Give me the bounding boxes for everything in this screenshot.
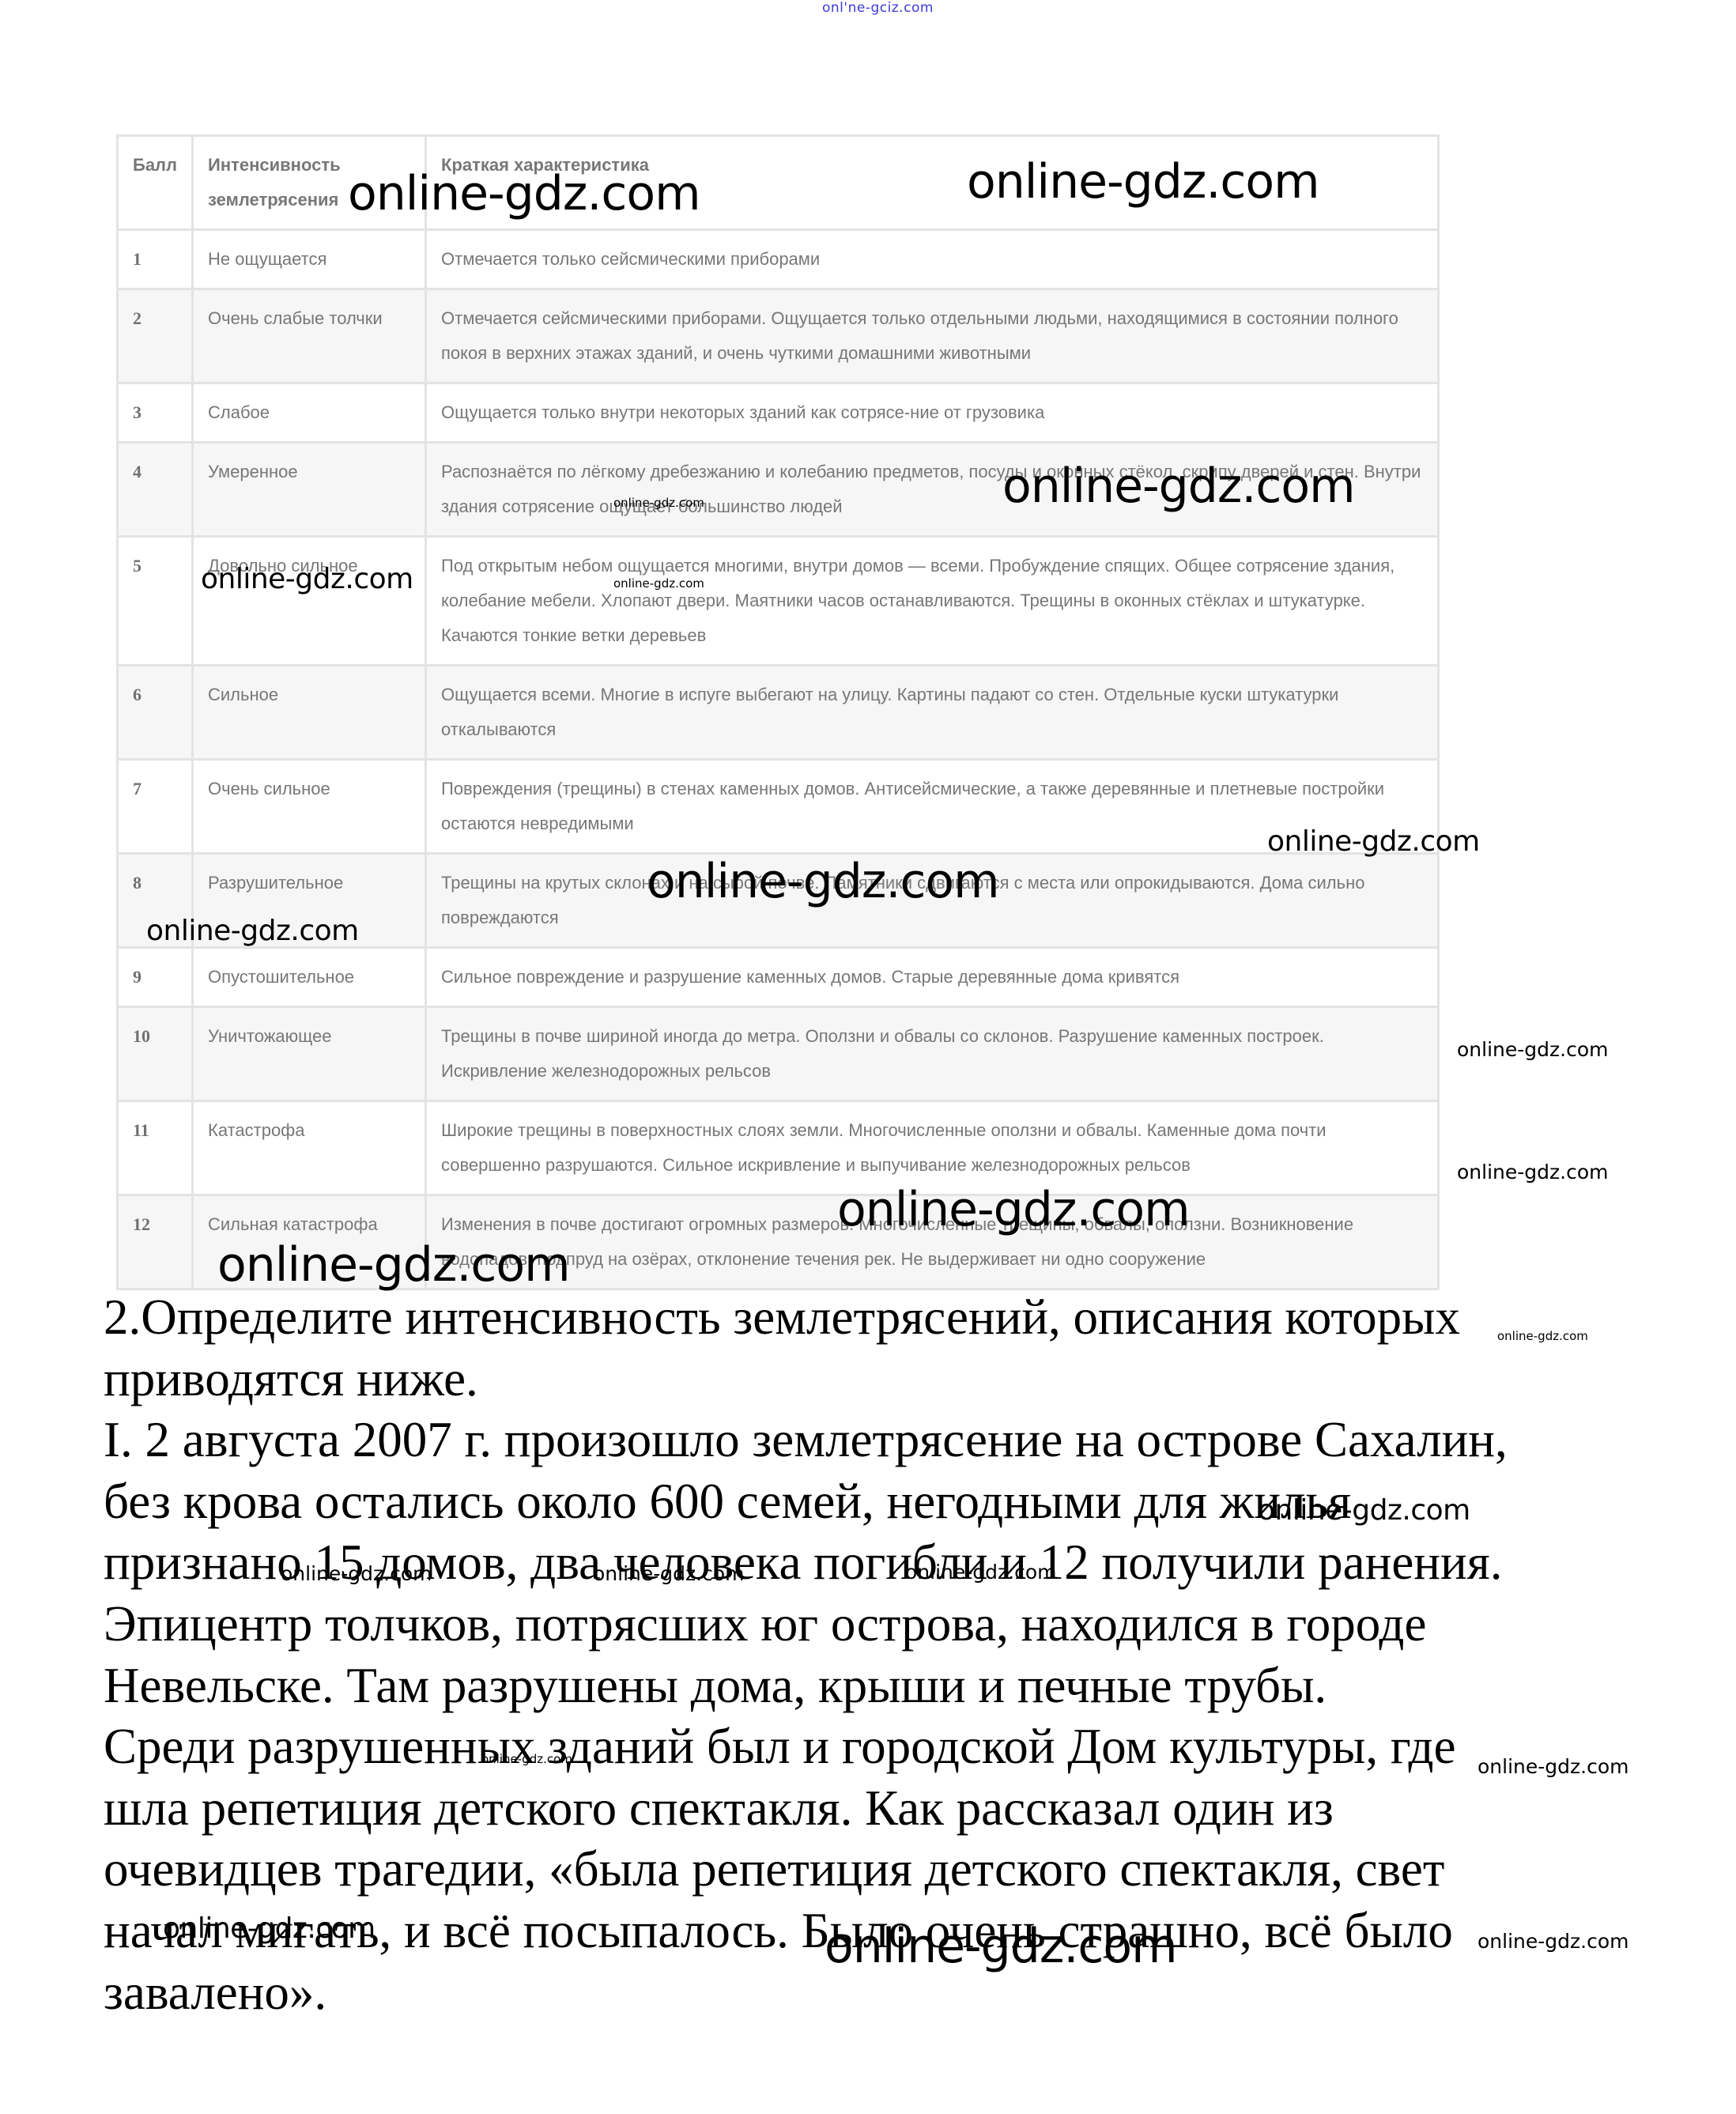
- score-cell: 7: [118, 760, 193, 854]
- watermark: online-gdz.com: [825, 1923, 1177, 1970]
- description-cell: Ощущается всеми. Многие в испуге выбегаю…: [426, 666, 1439, 760]
- description-cell: Сильное повреждение и разрушение каменны…: [426, 948, 1439, 1007]
- watermark: online-gdz.com: [905, 1562, 1056, 1582]
- intensity-cell: Не ощущается: [193, 230, 426, 289]
- table-row: 11КатастрофаШирокие трещины в поверхност…: [118, 1101, 1439, 1195]
- table-row: 1Не ощущаетсяОтмечается только сейсмичес…: [118, 230, 1439, 289]
- watermark: online-gdz.com: [1477, 1931, 1628, 1951]
- task-line: шла репетиция детского спектакля. Как ра…: [104, 1778, 1685, 1840]
- description-cell: Ощущается только внутри некоторых зданий…: [426, 383, 1439, 443]
- description-cell: Отмечается только сейсмическими приборам…: [426, 230, 1439, 289]
- watermark: online-gdz.com: [217, 1241, 570, 1289]
- watermark: online-gdz.com: [837, 1186, 1190, 1233]
- intensity-cell: Очень слабые толчки: [193, 289, 426, 383]
- score-cell: 6: [118, 666, 193, 760]
- seismic-scale-table: Балл Интенсивность землетрясения Краткая…: [116, 134, 1440, 1290]
- table-row: 3СлабоеОщущается только внутри некоторых…: [118, 383, 1439, 443]
- watermark: online-gdz.com: [1002, 462, 1355, 510]
- description-cell: Трещины в почве шириной иногда до метра.…: [426, 1007, 1439, 1101]
- intensity-cell: Катастрофа: [193, 1101, 426, 1195]
- task-line: Среди разрушенных зданий был и городской…: [104, 1716, 1685, 1778]
- intensity-cell: Сильное: [193, 666, 426, 760]
- task-line: 2.Определите интенсивность землетрясений…: [104, 1287, 1685, 1349]
- description-cell: Отмечается сейсмическими приборами. Ощущ…: [426, 289, 1439, 383]
- watermark: online-gdz.com: [348, 170, 700, 217]
- table-row: 6СильноеОщущается всеми. Многие в испуге…: [118, 666, 1439, 760]
- table-row: 7Очень сильноеПовреждения (трещины) в ст…: [118, 760, 1439, 854]
- watermark: online-gdz.com: [481, 1753, 572, 1765]
- score-cell: 2: [118, 289, 193, 383]
- task-line: I. 2 августа 2007 г. произошло землетряс…: [104, 1410, 1685, 1471]
- task-line: приводятся ниже.: [104, 1349, 1685, 1410]
- watermark: online-gdz.com: [1457, 1162, 1608, 1182]
- watermark: online-gdz.com: [647, 858, 999, 905]
- top-watermark: onl'ne-gciz.com: [822, 0, 934, 16]
- watermark: online-gdz.com: [1477, 1757, 1628, 1776]
- intensity-cell: Довольно сильное: [193, 537, 426, 666]
- table-row: 10УничтожающееТрещины в почве шириной ин…: [118, 1007, 1439, 1101]
- task-line: Невельске. Там разрушены дома, крыши и п…: [104, 1655, 1685, 1717]
- watermark: online-gdz.com: [613, 497, 704, 509]
- table-row: 9ОпустошительноеСильное повреждение и ра…: [118, 948, 1439, 1007]
- watermark: online-gdz.com: [1267, 828, 1480, 856]
- watermark: online-gdz.com: [146, 917, 359, 946]
- description-cell: Широкие трещины в поверхностных слоях зе…: [426, 1101, 1439, 1195]
- watermark: online-gdz.com: [613, 578, 704, 590]
- table-row: 2Очень слабые толчкиОтмечается сейсмичес…: [118, 289, 1439, 383]
- description-cell: Под открытым небом ощущается многими, вн…: [426, 537, 1439, 666]
- watermark: online-gdz.com: [1457, 1040, 1608, 1059]
- task-line: Эпицентр толчков, потрясших юг острова, …: [104, 1594, 1685, 1655]
- intensity-cell: Слабое: [193, 383, 426, 443]
- intensity-cell: Очень сильное: [193, 760, 426, 854]
- score-cell: 9: [118, 948, 193, 1007]
- score-cell: 10: [118, 1007, 193, 1101]
- task-line: очевидцев трагедии, «была репетиция детс…: [104, 1839, 1685, 1901]
- watermark: online-gdz.com: [1497, 1331, 1588, 1342]
- watermark: online-gdz.com: [1258, 1497, 1470, 1525]
- score-cell: 11: [118, 1101, 193, 1195]
- intensity-cell: Уничтожающее: [193, 1007, 426, 1101]
- watermark: online-gdz.com: [967, 158, 1319, 206]
- watermark: online-gdz.com: [281, 1564, 432, 1584]
- score-cell: 3: [118, 383, 193, 443]
- watermark: online-gdz.com: [201, 565, 413, 594]
- score-cell: 1: [118, 230, 193, 289]
- score-cell: 4: [118, 443, 193, 537]
- watermark: online-gdz.com: [593, 1564, 744, 1584]
- score-cell: 5: [118, 537, 193, 666]
- score-cell: 12: [118, 1195, 193, 1289]
- intensity-cell: Опустошительное: [193, 948, 426, 1007]
- watermark: online-gdz.com: [163, 1915, 376, 1943]
- table-row: 5Довольно сильноеПод открытым небом ощущ…: [118, 537, 1439, 666]
- intensity-cell: Умеренное: [193, 443, 426, 537]
- header-score: Балл: [118, 136, 193, 230]
